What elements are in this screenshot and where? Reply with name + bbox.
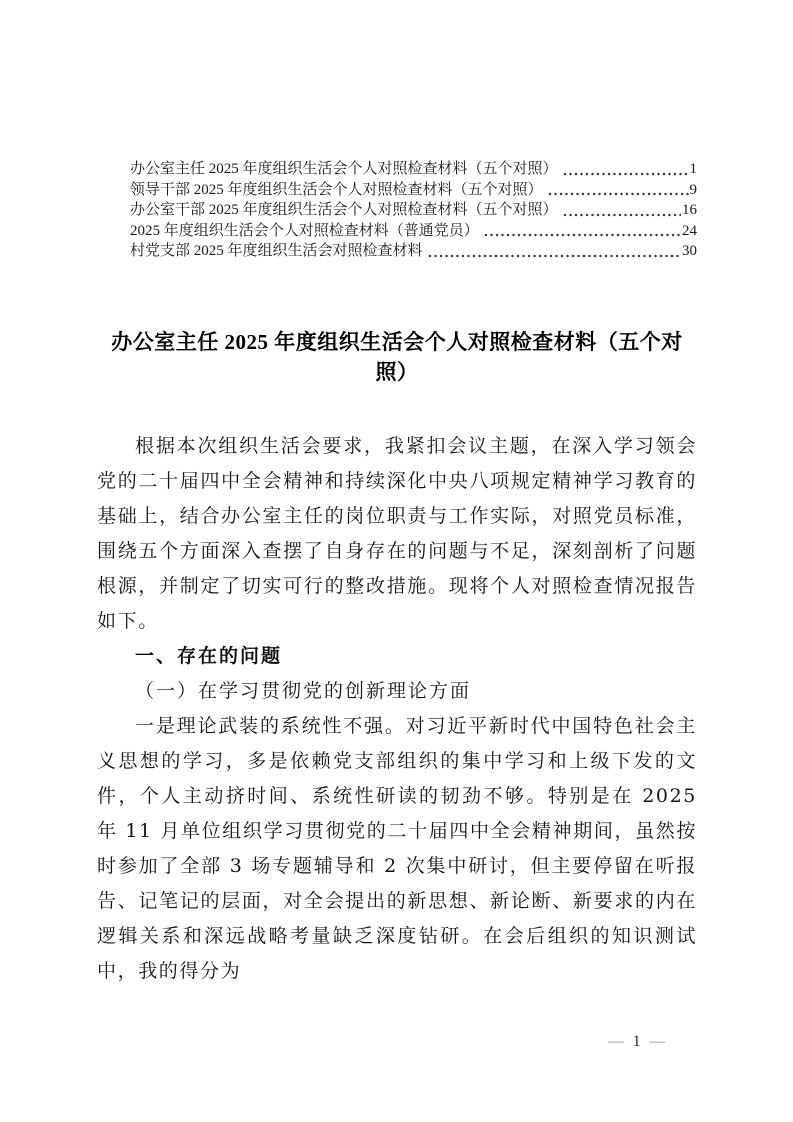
- body-paragraph-theory-issues: 一是理论武装的系统性不强。对习近平新时代中国特色社会主义思想的学习，多是依赖党支…: [97, 709, 697, 989]
- toc-page-number: 1: [690, 159, 698, 180]
- toc-entry-1[interactable]: 办公室主任 2025 年度组织生活会个人对照检查材料（五个对照） 1: [130, 159, 697, 180]
- toc-dot-leader: [484, 232, 681, 238]
- table-of-contents: 办公室主任 2025 年度组织生活会个人对照检查材料（五个对照） 1 领导干部 …: [130, 159, 697, 262]
- footer-dash-right: —: [650, 1033, 666, 1050]
- toc-entry-label: 办公室干部 2025 年度组织生活会个人对照检查材料（五个对照）: [130, 200, 558, 221]
- page-footer: —1—: [608, 1033, 665, 1051]
- toc-page-number: 9: [690, 180, 698, 201]
- toc-dot-leader: [548, 191, 689, 197]
- toc-entry-2[interactable]: 领导干部 2025 年度组织生活会个人对照检查材料（五个对照） 9: [130, 180, 697, 201]
- footer-dash-left: —: [608, 1033, 624, 1050]
- toc-entry-4[interactable]: 2025 年度组织生活会个人对照检查材料（普通党员） 24: [130, 221, 697, 242]
- document-body: 根据本次组织生活会要求，我紧扣会议主题，在深入学习领会党的二十届四中全会精神和持…: [97, 429, 697, 989]
- toc-dot-leader: [563, 171, 689, 177]
- document-page: 办公室主任 2025 年度组织生活会个人对照检查材料（五个对照） 1 领导干部 …: [0, 0, 793, 1122]
- toc-page-number: 24: [682, 221, 697, 242]
- toc-page-number: 16: [682, 200, 697, 221]
- toc-entry-3[interactable]: 办公室干部 2025 年度组织生活会个人对照检查材料（五个对照） 16: [130, 200, 697, 221]
- toc-entry-label: 村党支部 2025 年度组织生活会对照检查材料: [130, 241, 423, 262]
- subsection-heading-theory-study: （一）在学习贯彻党的创新理论方面: [97, 674, 697, 709]
- toc-entry-label: 办公室主任 2025 年度组织生活会个人对照检查材料（五个对照）: [130, 159, 558, 180]
- page-number: 1: [633, 1033, 641, 1050]
- toc-entry-5[interactable]: 村党支部 2025 年度组织生活会对照检查材料 30: [130, 241, 697, 262]
- document-title: 办公室主任 2025 年度组织生活会个人对照检查材料（五个对照）: [97, 327, 697, 387]
- toc-entry-label: 2025 年度组织生活会个人对照检查材料（普通党员）: [130, 221, 479, 242]
- toc-entry-label: 领导干部 2025 年度组织生活会个人对照检查材料（五个对照）: [130, 180, 543, 201]
- intro-paragraph: 根据本次组织生活会要求，我紧扣会议主题，在深入学习领会党的二十届四中全会精神和持…: [97, 429, 697, 639]
- toc-dot-leader: [563, 212, 681, 218]
- toc-page-number: 30: [682, 241, 697, 262]
- section-heading-problems: 一、存在的问题: [97, 639, 697, 674]
- toc-dot-leader: [428, 253, 681, 259]
